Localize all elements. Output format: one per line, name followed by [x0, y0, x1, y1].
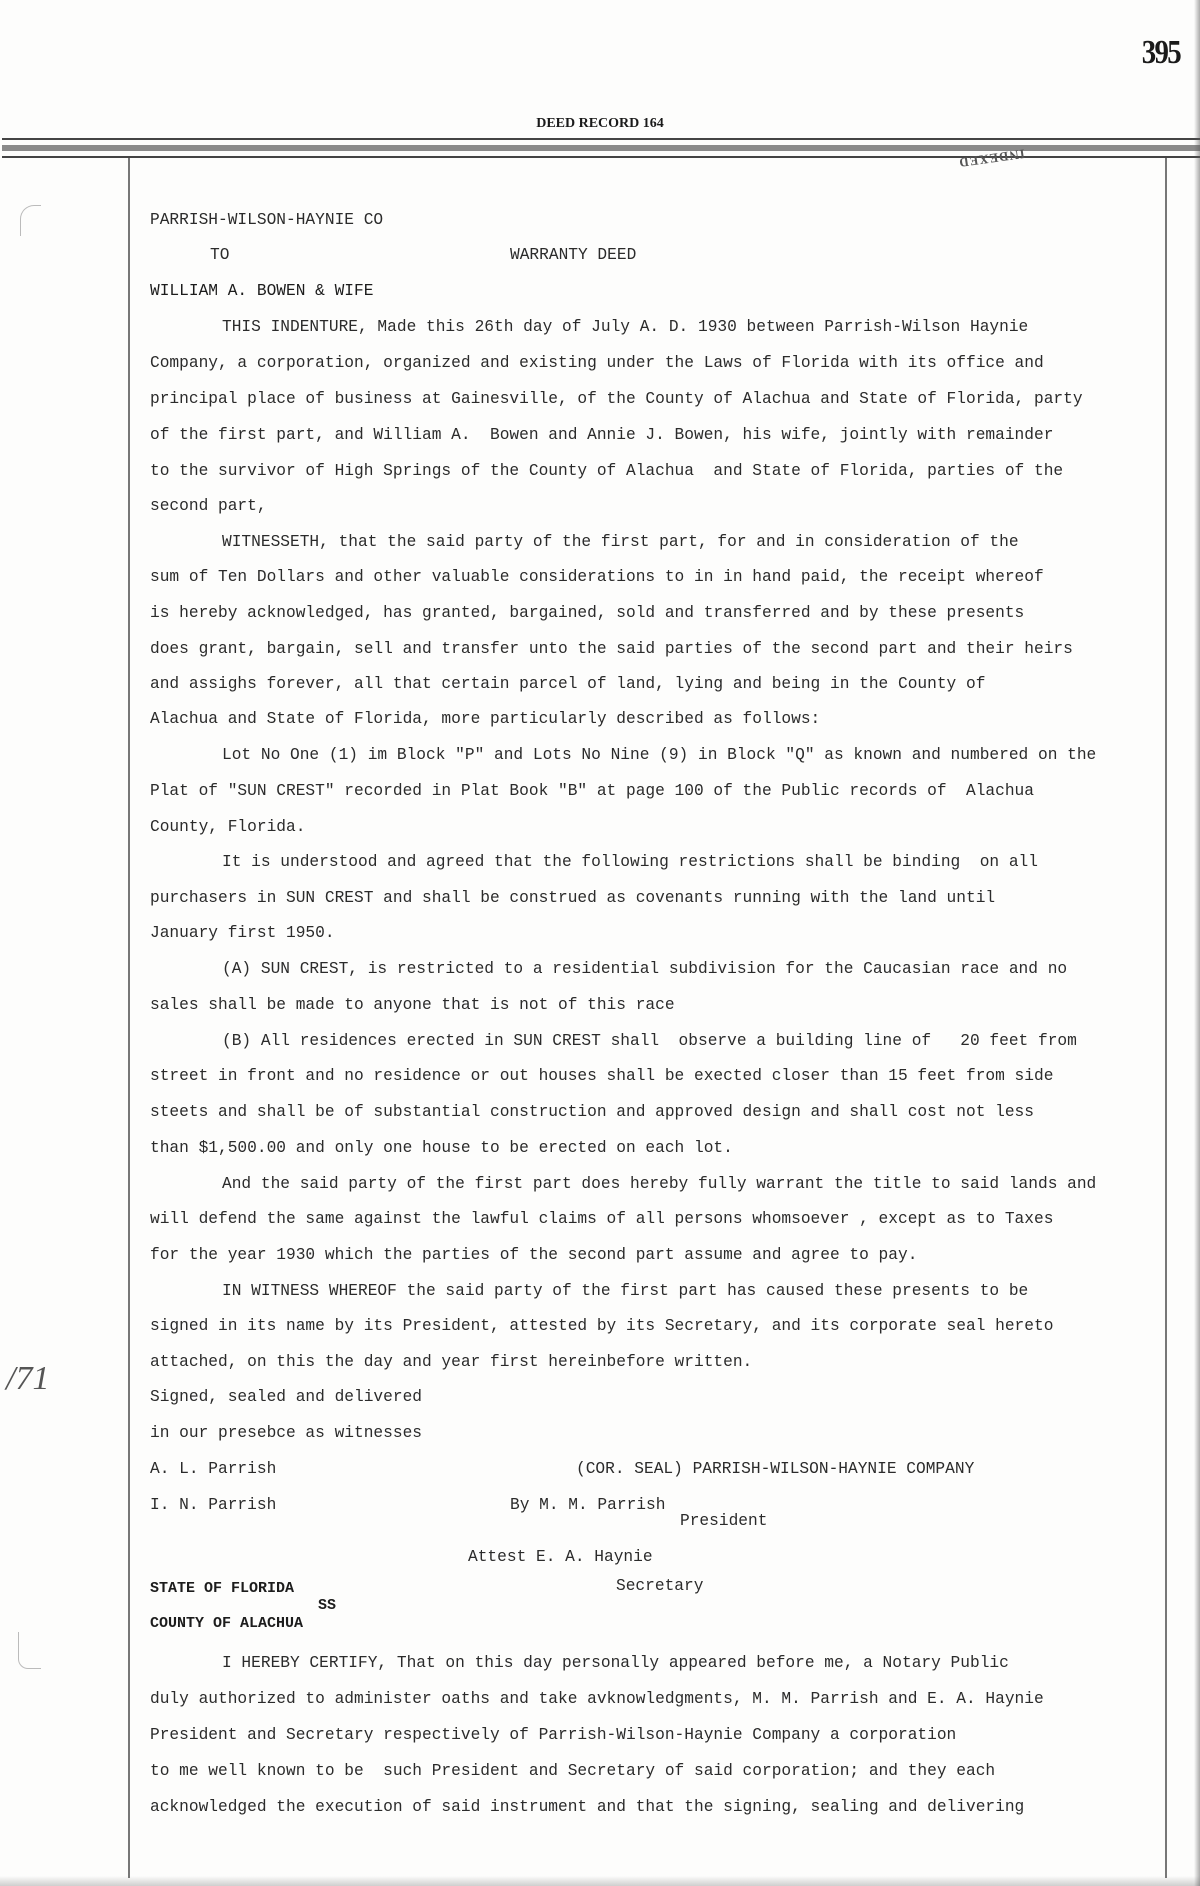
legal-description-line: Lot No One (1) im Block "P" and Lots No … — [150, 746, 1096, 764]
body-line: second part, — [150, 497, 267, 515]
body-line: THIS INDENTURE, Made this 26th day of Ju… — [150, 318, 1028, 336]
warranty-line: for the year 1930 which the parties of t… — [150, 1246, 917, 1264]
restriction-a-line: sales shall be made to anyone that is no… — [150, 996, 675, 1014]
body-line: and assighs forever, all that certain pa… — [150, 675, 985, 693]
legal-description-line: Plat of "SUN CREST" recorded in Plat Boo… — [150, 782, 1034, 800]
legal-description-line: County, Florida. — [150, 818, 305, 836]
right-margin-line — [1165, 158, 1167, 1878]
warranty-line: will defend the same against the lawful … — [150, 1210, 1053, 1228]
restriction-b-line: street in front and no residence or out … — [150, 1067, 1053, 1085]
body-line: WITNESSETH, that the said party of the f… — [150, 533, 1019, 551]
grantee-caption: WILLIAM A. BOWEN & WIFE — [150, 282, 373, 300]
grantor-caption: PARRISH-WILSON-HAYNIE CO — [150, 211, 383, 229]
venue-county: COUNTY OF ALACHUA — [150, 1615, 303, 1632]
restrictions-line: purchasers in SUN CREST and shall be con… — [150, 889, 995, 907]
margin-bracket-mark — [20, 205, 41, 236]
caption-to: TO — [210, 246, 229, 264]
president-signature: By M. M. Parrish — [510, 1496, 665, 1514]
body-line: does grant, bargain, sell and transfer u… — [150, 640, 1073, 658]
body-line: of the first part, and William A. Bowen … — [150, 426, 1053, 444]
restriction-b-line: than $1,500.00 and only one house to be … — [150, 1139, 733, 1157]
attest-signature: Attest E. A. Haynie — [468, 1548, 653, 1566]
page-number: 395 — [1142, 34, 1180, 72]
handwritten-margin-note: /71 — [6, 1360, 49, 1398]
document-type-title: WARRANTY DEED — [510, 246, 636, 264]
left-margin-line — [128, 158, 130, 1878]
record-book-title: DEED RECORD 164 — [0, 116, 1200, 132]
witness-name: A. L. Parrish — [150, 1460, 276, 1478]
margin-bracket-mark — [18, 1632, 41, 1669]
witness-name: I. N. Parrish — [150, 1496, 276, 1514]
restriction-a-line: (A) SUN CREST, is restricted to a reside… — [150, 960, 1067, 978]
body-line: principal place of business at Gainesvil… — [150, 390, 1083, 408]
corporate-seal-signature: (COR. SEAL) PARRISH-WILSON-HAYNIE COMPAN… — [576, 1460, 974, 1478]
signed-sealed-line: Signed, sealed and delivered — [150, 1388, 422, 1406]
deed-record-page: 395 DEED RECORD 164 INDEXED /71 PARRISH-… — [0, 0, 1200, 1886]
restriction-b-line: steets and shall be of substantial const… — [150, 1103, 1034, 1121]
body-line: Alachua and State of Florida, more parti… — [150, 710, 820, 728]
restrictions-line: January first 1950. — [150, 924, 335, 942]
president-title: President — [680, 1512, 767, 1530]
acknowledgment-line: acknowledged the execution of said instr… — [150, 1798, 1024, 1816]
body-line: is hereby acknowledged, has granted, bar… — [150, 604, 1024, 622]
witness-clause-line: signed in its name by its President, att… — [150, 1317, 1053, 1335]
acknowledgment-line: to me well known to be such President an… — [150, 1762, 995, 1780]
body-line: to the survivor of High Springs of the C… — [150, 462, 1063, 480]
acknowledgment-line: President and Secretary respectively of … — [150, 1726, 956, 1744]
venue-state: STATE OF FLORIDA — [150, 1580, 294, 1597]
body-line: Company, a corporation, organized and ex… — [150, 354, 1044, 372]
body-line: sum of Ten Dollars and other valuable co… — [150, 568, 1044, 586]
page-bottom-edge — [0, 1876, 1200, 1886]
presence-witnesses-line: in our presebce as witnesses — [150, 1424, 422, 1442]
venue-ss: SS — [318, 1597, 336, 1614]
warranty-line: And the said party of the first part doe… — [150, 1175, 1096, 1193]
restrictions-line: It is understood and agreed that the fol… — [150, 853, 1038, 871]
secretary-title: Secretary — [616, 1577, 703, 1595]
witness-clause-line: attached, on this the day and year first… — [150, 1353, 752, 1371]
acknowledgment-line: duly authorized to administer oaths and … — [150, 1690, 1044, 1708]
acknowledgment-line: I HEREBY CERTIFY, That on this day perso… — [150, 1654, 1009, 1672]
restriction-b-line: (B) All residences erected in SUN CREST … — [150, 1032, 1077, 1050]
header-rule-top — [2, 138, 1200, 140]
witness-clause-line: IN WITNESS WHEREOF the said party of the… — [150, 1282, 1028, 1300]
page-right-edge — [1194, 0, 1200, 1886]
